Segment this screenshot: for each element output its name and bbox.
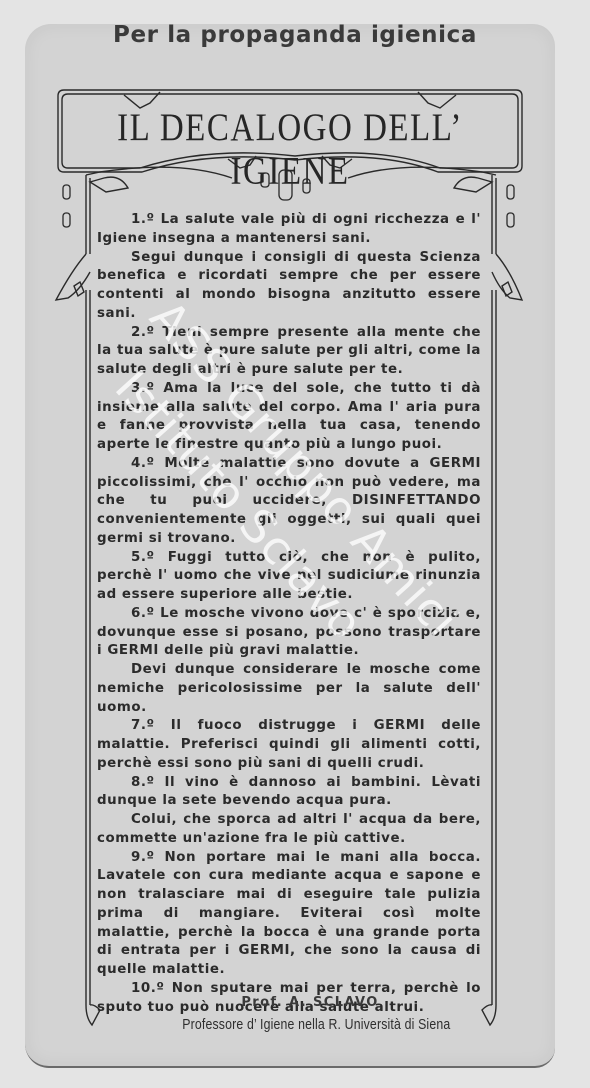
rule-6-continued: Devi dunque considerare le mosche come n…	[97, 661, 481, 717]
rule-1: 1.º La salute vale più di ogni ricchezza…	[97, 211, 481, 249]
author-signature: Prof. A. SCLAVO	[0, 995, 590, 1010]
rule-5: 5.º Fuggi tutto ciò, che non è pulito, p…	[97, 549, 481, 605]
rule-1-continued: Segui dunque i consigli di questa Scienz…	[97, 249, 481, 324]
rule-4: 4.º Molte malattie sono dovute a GERMI p…	[97, 455, 481, 549]
decalogue-text: 1.º La salute vale più di ogni ricchezza…	[97, 211, 481, 1017]
rule-2: 2.º Tieni sempre presente alla mente che…	[97, 324, 481, 380]
rule-8: 8.º Il vino è dannoso ai bambini. Lèvati…	[97, 774, 481, 812]
author-affiliation: Professore d’ Igiene nella R. Università…	[53, 1016, 537, 1033]
card-title: IL DECALOGO DELL’ IGIENE	[58, 107, 522, 194]
rule-3: 3.º Ama la luce del sole, che tutto ti d…	[97, 380, 481, 455]
rule-9: 9.º Non portare mai le mani alla bocca. …	[97, 849, 481, 980]
rule-8-continued: Colui, che sporca ad altri l' acqua da b…	[97, 811, 481, 849]
rule-6: 6.º Le mosche vivono dove c' è sporcizia…	[97, 605, 481, 661]
rule-7: 7.º Il fuoco distrugge i GERMI delle mal…	[97, 717, 481, 773]
card-subtitle: Per la propaganda igienica	[0, 22, 590, 48]
